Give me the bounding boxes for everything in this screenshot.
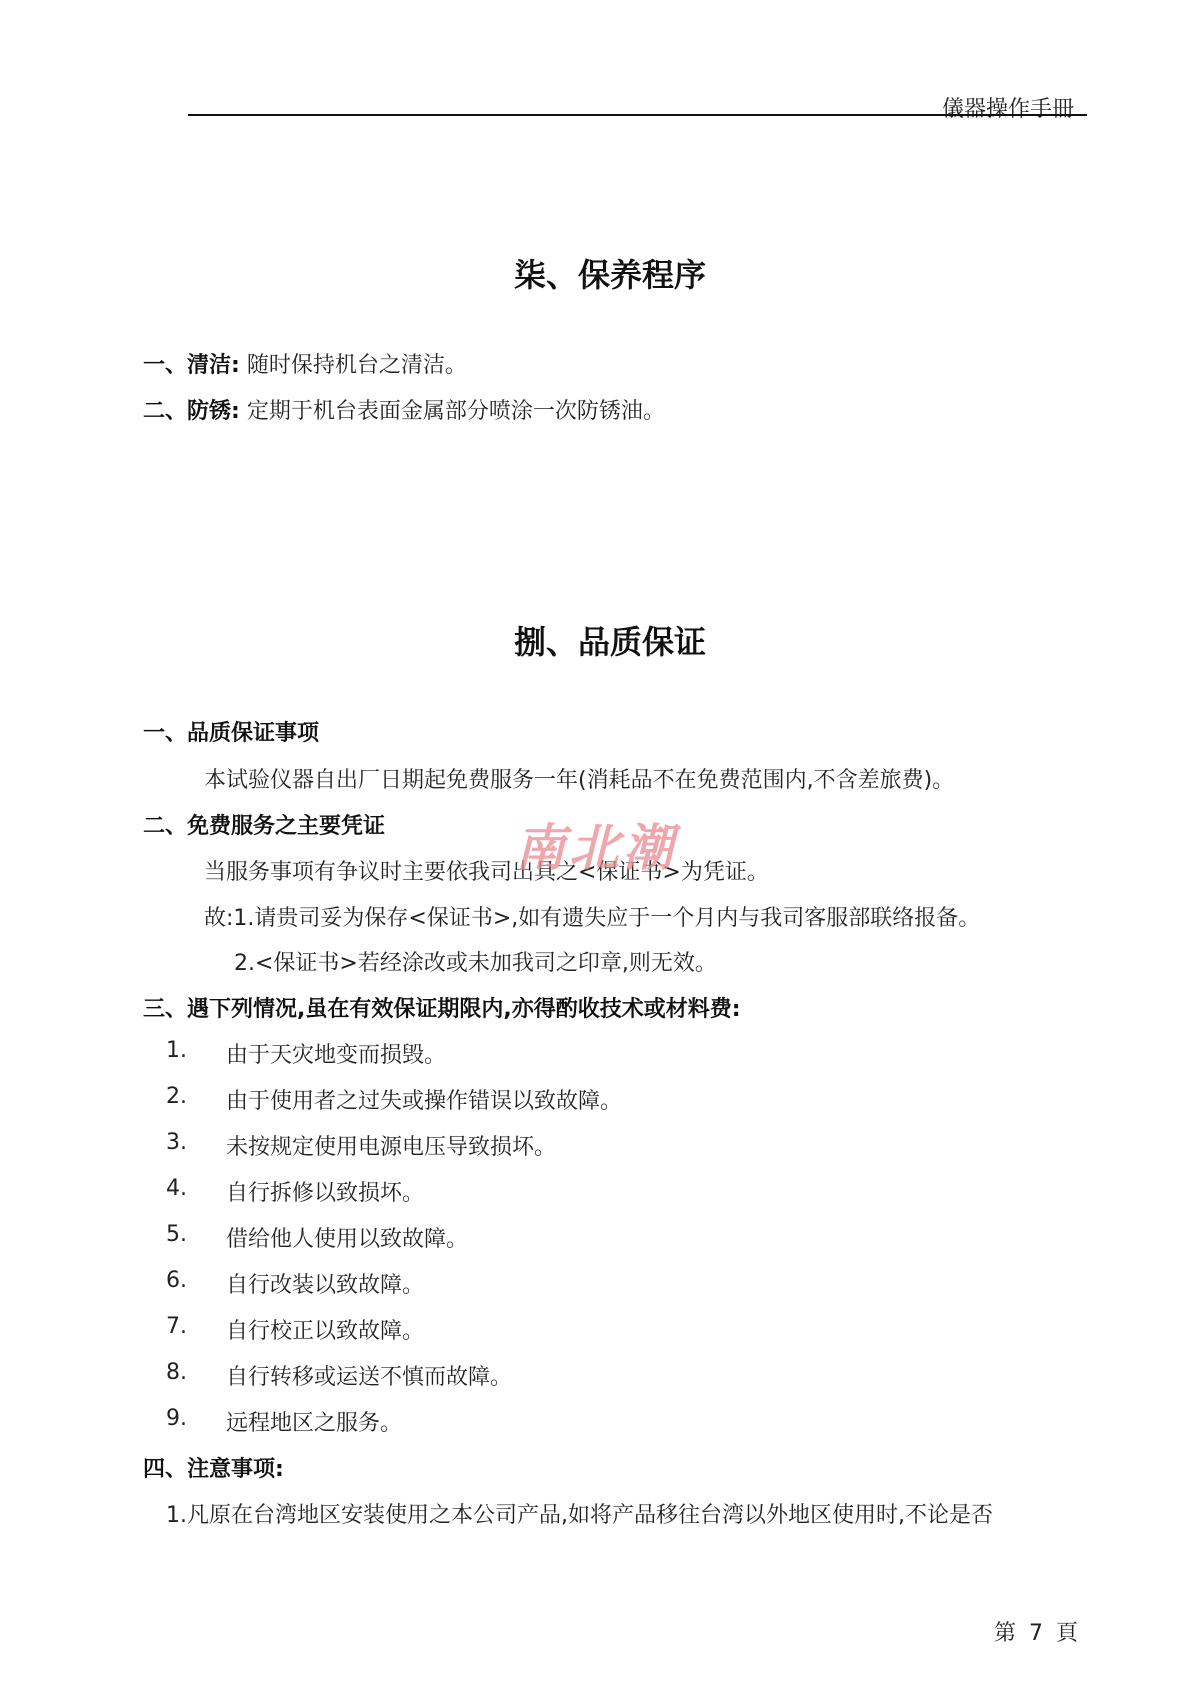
section-2-note-2: 2.<保证书>若经涂改或未加我司之印章,则无效。 bbox=[234, 946, 717, 977]
section-2-heading: 二、免费服务之主要凭证 bbox=[143, 809, 385, 840]
item-label: 清洁: bbox=[187, 353, 240, 378]
maintenance-item-rustproof: 二、防锈: 定期于机台表面金属部分喷涂一次防锈油。 bbox=[143, 394, 665, 425]
list-item: 自行转移或运送不慎而故障。 bbox=[226, 1360, 512, 1391]
list-item-number: 2. bbox=[166, 1084, 187, 1109]
section-2-text: 当服务事项有争议时主要依我司出具之<保证书>为凭证。 bbox=[204, 855, 769, 886]
page-number: 第 7 頁 bbox=[994, 1616, 1078, 1647]
maintenance-item-cleaning: 一、清洁: 随时保持机台之清洁。 bbox=[143, 348, 467, 379]
list-item: 自行改装以致故障。 bbox=[226, 1268, 424, 1299]
section-1-heading: 一、品质保证事项 bbox=[143, 716, 319, 747]
list-item: 由于使用者之过失或操作错误以致故障。 bbox=[226, 1084, 622, 1115]
section-1-text: 本试验仪器自出厂日期起免费服务一年(消耗品不在免费范围内,不含差旅费)。 bbox=[204, 763, 954, 794]
list-item-number: 7. bbox=[166, 1314, 187, 1339]
header-rule bbox=[188, 114, 1087, 116]
item-text: 定期于机台表面金属部分喷涂一次防锈油。 bbox=[240, 399, 665, 424]
section-4-text: 1.凡原在台湾地区安装使用之本公司产品,如将产品移往台湾以外地区使用时,不论是否 bbox=[166, 1498, 993, 1529]
list-item: 未按规定使用电源电压导致损坏。 bbox=[226, 1130, 556, 1161]
list-item-number: 5. bbox=[166, 1222, 187, 1247]
item-text: 随时保持机台之清洁。 bbox=[240, 353, 467, 378]
section-4-heading: 四、注意事项: bbox=[143, 1452, 284, 1483]
list-item-number: 3. bbox=[166, 1130, 187, 1155]
list-item: 自行拆修以致损坏。 bbox=[226, 1176, 424, 1207]
list-item-number: 4. bbox=[166, 1176, 187, 1201]
chapter-8-title: 捌、品质保证 bbox=[0, 617, 1200, 663]
list-item-number: 6. bbox=[166, 1268, 187, 1293]
list-item-number: 1. bbox=[166, 1038, 187, 1063]
list-item: 由于天灾地变而损毁。 bbox=[226, 1038, 446, 1069]
item-prefix: 一、 bbox=[143, 353, 187, 378]
list-item: 借给他人使用以致故障。 bbox=[226, 1222, 468, 1253]
chapter-7-title: 柒、保养程序 bbox=[0, 250, 1200, 296]
header-title: 儀器操作手冊 bbox=[942, 92, 1074, 123]
section-3-heading: 三、遇下列情况,虽在有效保证期限内,亦得酌收技术或材料费: bbox=[143, 992, 741, 1023]
watermark-logo: 南北潮 bbox=[515, 808, 677, 880]
list-item-number: 8. bbox=[166, 1360, 187, 1385]
list-item-number: 9. bbox=[166, 1406, 187, 1431]
item-prefix: 二、 bbox=[143, 399, 187, 424]
list-item: 自行校正以致故障。 bbox=[226, 1314, 424, 1345]
item-label: 防锈: bbox=[187, 399, 240, 424]
section-2-note-1: 故:1.请贵司妥为保存<保证书>,如有遗失应于一个月内与我司客服部联络报备。 bbox=[204, 901, 980, 932]
list-item: 远程地区之服务。 bbox=[226, 1406, 402, 1437]
